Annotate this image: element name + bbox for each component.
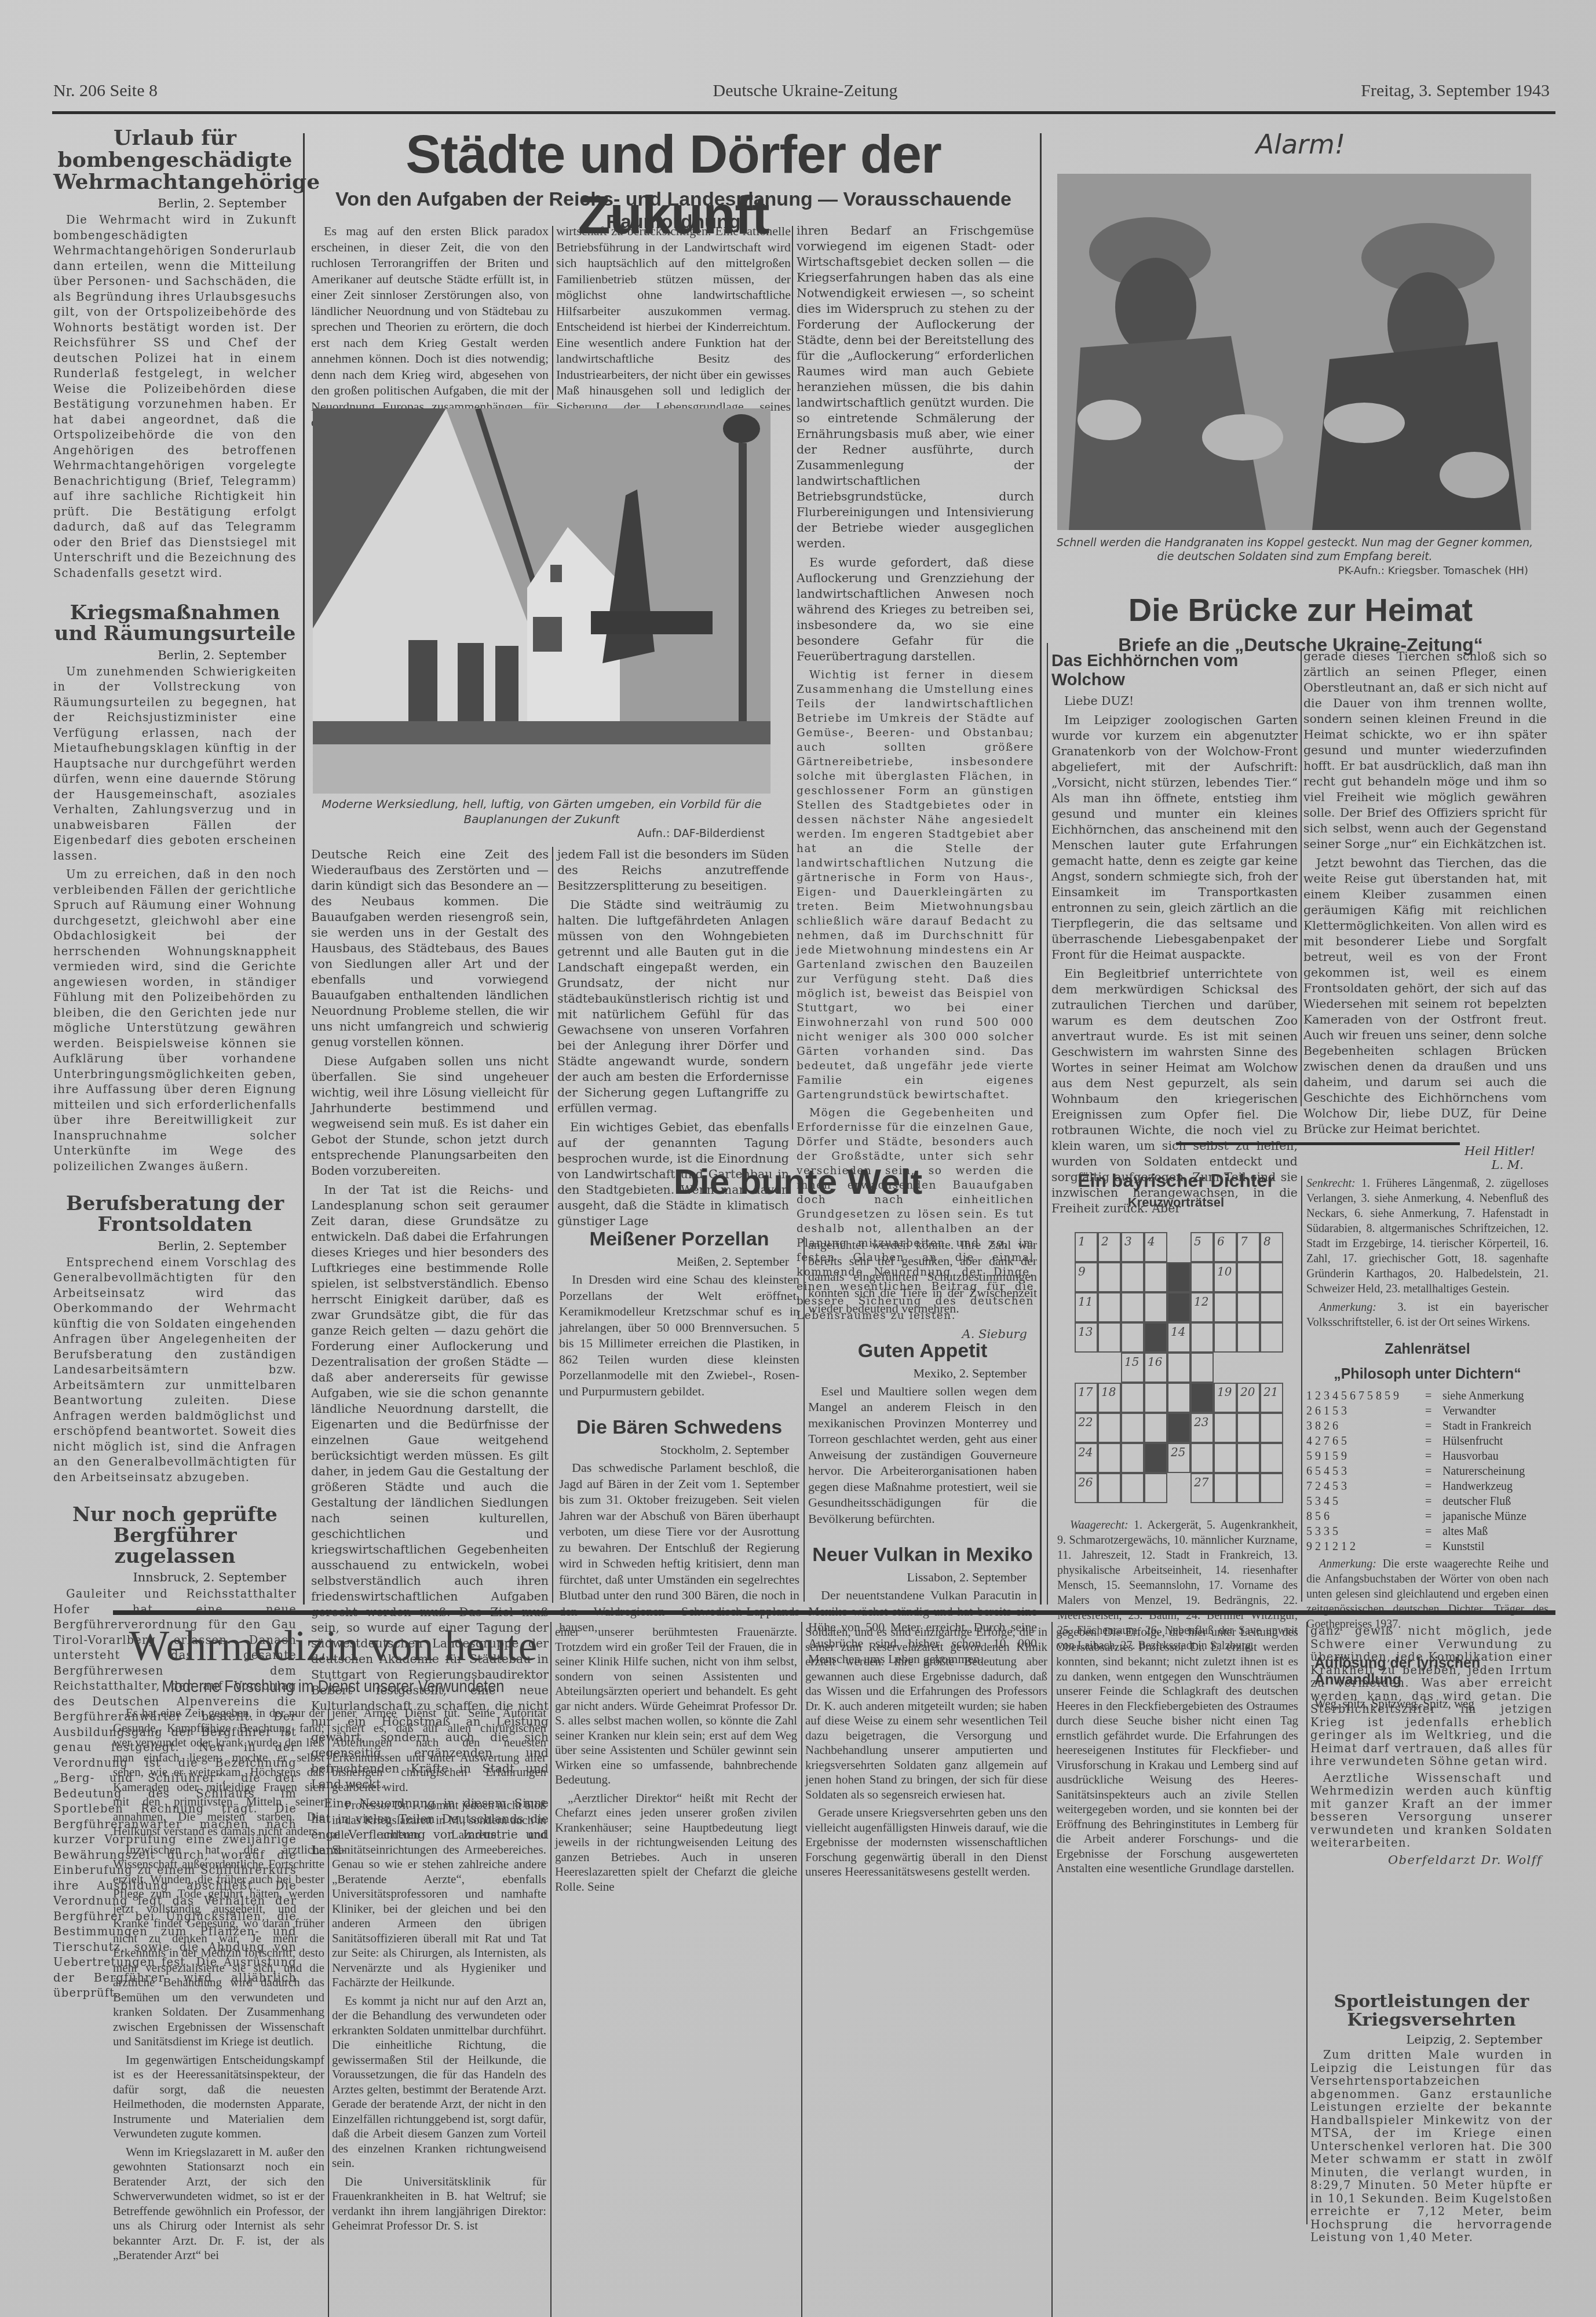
number-code: 1 2 3 4 5 6 7 5 8 5 9 bbox=[1306, 1388, 1425, 1404]
crossword-cell[interactable] bbox=[1167, 1353, 1190, 1383]
crossword-subtitle: Kreuzworträtsel bbox=[1051, 1195, 1301, 1210]
news-title: Berufsberatung der Frontsoldaten bbox=[53, 1194, 297, 1235]
number-code: 2 6 1 5 3 bbox=[1306, 1404, 1425, 1419]
letter-signature: L. M. bbox=[1303, 1158, 1547, 1172]
news-title: Die Bären Schwedens bbox=[559, 1416, 799, 1439]
article-paragraph: jener Armee Dienst tut. Seine Autorität … bbox=[332, 1706, 546, 1795]
crossword-cell[interactable] bbox=[1098, 1473, 1121, 1503]
letter-column: Das Eichhörnchen vom Wolchow Liebe DUZ! … bbox=[1051, 652, 1298, 1220]
crossword-number: 9 bbox=[1078, 1265, 1086, 1278]
crossword-number: 11 bbox=[1078, 1295, 1093, 1309]
zahlenraetsel-row: 9 2 1 2 1 2=Kunststil bbox=[1306, 1539, 1548, 1554]
number-code: 5 9 1 5 9 bbox=[1306, 1449, 1425, 1464]
article-paragraph: Es mag auf den ersten Blick paradox ersc… bbox=[311, 223, 549, 430]
crossword-cell[interactable] bbox=[1237, 1292, 1260, 1322]
article-paragraph: Diese Aufgaben sollen uns nicht überfall… bbox=[311, 1054, 549, 1179]
crossword-number: 4 bbox=[1148, 1234, 1155, 1248]
article-paragraph: Soldaten, und es sind einzigartige Erfol… bbox=[805, 1625, 1047, 1802]
crossword-cell[interactable] bbox=[1121, 1262, 1144, 1292]
crossword-cell[interactable]: 1 bbox=[1075, 1232, 1098, 1262]
equals-sign: = bbox=[1425, 1434, 1442, 1449]
article-paragraph: In der Tat ist die Reichs- und Landespla… bbox=[311, 1182, 549, 1792]
news-item: Berufsberatung der Frontsoldaten Berlin,… bbox=[53, 1194, 297, 1485]
row-hint: altes Maß bbox=[1442, 1524, 1548, 1539]
equals-sign: = bbox=[1425, 1449, 1442, 1464]
sport-news-item: Sportleistungen der Kriegsversehrten Lei… bbox=[1310, 1993, 1553, 2248]
crossword-cell[interactable] bbox=[1190, 1383, 1214, 1413]
clue-label: Senkrecht: bbox=[1306, 1177, 1356, 1190]
crossword-cell[interactable] bbox=[1237, 1473, 1260, 1503]
crossword-cell[interactable] bbox=[1167, 1292, 1190, 1322]
crossword-cell[interactable] bbox=[1121, 1292, 1144, 1322]
letter-paragraph: gerade dieses Tierchen schloß sich so zä… bbox=[1303, 649, 1547, 852]
row-hint: siehe Anmerkung bbox=[1442, 1388, 1548, 1404]
crossword-cell[interactable]: 26 bbox=[1075, 1473, 1098, 1503]
crossword-number: 21 bbox=[1263, 1385, 1278, 1399]
equals-sign: = bbox=[1425, 1388, 1442, 1404]
article-paragraph: gegeben. Die Erfolge, die hier unter Lei… bbox=[1056, 1625, 1298, 1876]
zahlenraetsel-row: 7 2 4 5 3=Handwerkzeug bbox=[1306, 1479, 1548, 1494]
crossword-cell[interactable]: 6 bbox=[1214, 1232, 1237, 1262]
crossword-number: 26 bbox=[1078, 1475, 1093, 1489]
article-paragraph: Inzwischen hat die ärztliche Wissenschaf… bbox=[113, 1843, 324, 2049]
crossword-grid: 1234567891011121314151617181920212223242… bbox=[1075, 1232, 1283, 1501]
number-code: 9 2 1 2 1 2 bbox=[1306, 1539, 1425, 1554]
crossword-cell[interactable] bbox=[1190, 1322, 1214, 1353]
news-item: Kriegsmaßnahmen und Räumungsurteile Berl… bbox=[53, 603, 297, 1174]
article-column: wirtschaft zu berücksichtigen. Eine rati… bbox=[556, 223, 791, 434]
news-text: Zum dritten Male wurden in Leipzig die L… bbox=[1310, 2049, 1553, 2245]
note-label: Anmerkung: bbox=[1319, 1558, 1376, 1570]
crossword-cell[interactable] bbox=[1098, 1413, 1121, 1443]
issue-date: Freitag, 3. September 1943 bbox=[1361, 81, 1550, 101]
letter-closing: Heil Hitler! bbox=[1303, 1144, 1547, 1158]
crossword-cell[interactable]: 20 bbox=[1237, 1383, 1260, 1413]
crossword-cell[interactable] bbox=[1214, 1473, 1237, 1503]
news-text: Das schwedische Parlament beschloß, die … bbox=[559, 1460, 799, 1635]
article-paragraph: „Aerztlicher Direktor“ heißt mit Recht d… bbox=[555, 1791, 797, 1895]
dateline: Berlin, 2. September bbox=[53, 196, 297, 210]
crossword-cell[interactable] bbox=[1144, 1473, 1167, 1503]
number-code: 7 2 4 5 3 bbox=[1306, 1479, 1425, 1494]
number-code: 8 5 6 bbox=[1306, 1509, 1425, 1524]
column-rule bbox=[792, 226, 793, 1130]
row-hint: Verwandter bbox=[1442, 1404, 1548, 1419]
crossword-number: 24 bbox=[1078, 1445, 1093, 1459]
soldiers-photo-credit: PK-Aufn.: Kriegsber. Tomaschek (HH) bbox=[1054, 565, 1528, 577]
news-text: angerichtet werden könnte. Ihre Zahl war… bbox=[808, 1237, 1037, 1317]
news-item: Urlaub für bombengeschädigte Wehrmachtan… bbox=[53, 127, 297, 581]
crossword-cell[interactable]: 24 bbox=[1075, 1443, 1098, 1473]
crossword-cell[interactable]: 9 bbox=[1075, 1262, 1098, 1292]
article-paragraph: Die Städte sind weiträumig zu halten. Di… bbox=[557, 897, 789, 1116]
crossword-cell[interactable]: 4 bbox=[1144, 1232, 1167, 1262]
crossword-cell[interactable] bbox=[1167, 1413, 1190, 1443]
wehrmedizin-title: Wehrmedizin von heute bbox=[113, 1622, 553, 1671]
crossword-cell[interactable] bbox=[1237, 1413, 1260, 1443]
row-hint: Stadt in Frankreich bbox=[1442, 1419, 1548, 1434]
crossword-cell[interactable] bbox=[1260, 1473, 1283, 1503]
crossword-cell[interactable] bbox=[1121, 1473, 1144, 1503]
house-photo bbox=[313, 408, 770, 794]
article-paragraph: Es wurde gefordert, daß diese Auflockeru… bbox=[797, 555, 1034, 664]
section-rule bbox=[1176, 1142, 1460, 1145]
crossword-cell[interactable]: 14 bbox=[1167, 1322, 1190, 1353]
letter-paragraph: Jetzt bewohnt das Tierchen, das die weit… bbox=[1303, 856, 1547, 1137]
crossword-number: 6 bbox=[1217, 1234, 1225, 1248]
article-paragraph: Gerade unsere Kriegsversehrten geben uns… bbox=[805, 1806, 1047, 1880]
dateline: Innsbruck, 2. September bbox=[53, 1570, 297, 1584]
bunte-welt-column: angerichtet werden könnte. Ihre Zahl war… bbox=[808, 1237, 1037, 1671]
column-rule bbox=[552, 847, 553, 1603]
crossword-cell[interactable] bbox=[1237, 1443, 1260, 1473]
crossword-cell[interactable]: 7 bbox=[1237, 1232, 1260, 1262]
article-column: einer unserer berühmtesten Frauenärzte. … bbox=[555, 1625, 797, 1898]
crossword-cell[interactable]: 16 bbox=[1144, 1353, 1167, 1383]
crossword-cell[interactable]: 2 bbox=[1098, 1232, 1121, 1262]
row-hint: Kunststil bbox=[1442, 1539, 1548, 1554]
article-paragraph: Die Universitätsklinik für Frauenkrankhe… bbox=[332, 2175, 546, 2234]
crossword-cell[interactable] bbox=[1237, 1322, 1260, 1353]
equals-sign: = bbox=[1425, 1404, 1442, 1419]
bruecke-title: Die Brücke zur Heimat bbox=[1049, 591, 1553, 628]
column-rule bbox=[328, 1709, 329, 2317]
crossword-cell[interactable] bbox=[1214, 1322, 1237, 1353]
row-hint: Handwerkzeug bbox=[1442, 1479, 1548, 1494]
crossword-cell[interactable] bbox=[1121, 1383, 1144, 1413]
crossword-cell[interactable] bbox=[1167, 1262, 1190, 1292]
news-text: Um zunehmenden Schwierigkeiten in der Vo… bbox=[53, 664, 297, 864]
house-photo-credit: Aufn.: DAF-Bilderdienst bbox=[313, 827, 765, 840]
equals-sign: = bbox=[1425, 1539, 1442, 1554]
zahlenraetsel-rows: 1 2 3 4 5 6 7 5 8 5 9=siehe Anmerkung2 6… bbox=[1306, 1388, 1548, 1554]
crossword-cell[interactable] bbox=[1144, 1262, 1167, 1292]
crossword-cell[interactable] bbox=[1190, 1353, 1214, 1383]
article-paragraph: Professor Dr. F. kommt jedoch nicht bloß… bbox=[332, 1798, 546, 1990]
zahlenraetsel-row: 5 3 4 5=deutscher Fluß bbox=[1306, 1494, 1548, 1509]
equals-sign: = bbox=[1425, 1509, 1442, 1524]
news-title: Nur noch geprüfte Bergführer zugelassen bbox=[53, 1505, 297, 1567]
letter-salutation: Liebe DUZ! bbox=[1051, 693, 1298, 709]
crossword-title: Ein bayrischer Dichter bbox=[1051, 1170, 1301, 1192]
section-rule bbox=[113, 1610, 1555, 1615]
crossword-cell[interactable] bbox=[1144, 1413, 1167, 1443]
crossword-cell[interactable] bbox=[1190, 1262, 1214, 1292]
column-rule bbox=[1051, 1622, 1053, 2317]
dateline: Stockholm, 2. September bbox=[559, 1442, 799, 1457]
news-title: Guten Appetit bbox=[808, 1340, 1037, 1362]
crossword-cell[interactable] bbox=[1098, 1322, 1121, 1353]
crossword-cell[interactable] bbox=[1121, 1443, 1144, 1473]
equals-sign: = bbox=[1425, 1479, 1442, 1494]
row-hint: Hülsenfrucht bbox=[1442, 1434, 1548, 1449]
crossword-cell[interactable] bbox=[1190, 1443, 1214, 1473]
crossword-cell[interactable]: 11 bbox=[1075, 1292, 1098, 1322]
column-rule bbox=[303, 133, 305, 1605]
zahlenraetsel-row: 8 5 6=japanische Münze bbox=[1306, 1509, 1548, 1524]
crossword-number: 3 bbox=[1124, 1234, 1132, 1248]
article-column: gegeben. Die Erfolge, die hier unter Lei… bbox=[1056, 1625, 1298, 1880]
letter-column: gerade dieses Tierchen schloß sich so zä… bbox=[1303, 649, 1547, 1172]
dateline: Berlin, 2. September bbox=[53, 1239, 297, 1253]
crossword-cell[interactable]: 23 bbox=[1190, 1413, 1214, 1443]
number-code: 5 3 3 5 bbox=[1306, 1524, 1425, 1539]
news-title: Meißener Porzellan bbox=[559, 1228, 799, 1251]
article-author: Oberfeldarzt Dr. Wolff bbox=[1310, 1854, 1553, 1867]
article-paragraph: einer unserer berühmtesten Frauenärzte. … bbox=[555, 1625, 797, 1788]
article-paragraph: Wichtig ist ferner in diesem Zusammenhan… bbox=[797, 668, 1034, 1102]
header-rule bbox=[52, 111, 1555, 114]
zahlenraetsel-row: 6 5 4 5 3=Naturerscheinung bbox=[1306, 1464, 1548, 1479]
bunte-welt-title: Die bunte Welt bbox=[556, 1161, 1040, 1203]
crossword-number: 1 bbox=[1078, 1234, 1086, 1248]
crossword-number: 20 bbox=[1240, 1385, 1255, 1399]
crossword-cell[interactable]: 21 bbox=[1260, 1383, 1283, 1413]
column-rule bbox=[550, 1622, 552, 2317]
crossword-number: 23 bbox=[1194, 1415, 1208, 1429]
article-column: Es hat eine Zeit gegeben, in der nur der… bbox=[113, 1706, 324, 2267]
article-paragraph: Es hat eine Zeit gegeben, in der nur der… bbox=[113, 1706, 324, 1839]
article-paragraph: Wenn im Kriegslazarett in M. außer den g… bbox=[113, 2145, 324, 2263]
crossword-number: 2 bbox=[1101, 1234, 1109, 1248]
house-photo-image bbox=[313, 408, 770, 794]
news-title: Urlaub für bombengeschädigte Wehrmachtan… bbox=[53, 127, 297, 193]
crossword-number: 14 bbox=[1171, 1325, 1185, 1339]
crossword-number: 15 bbox=[1124, 1355, 1139, 1369]
crossword-cell[interactable] bbox=[1098, 1262, 1121, 1292]
crossword-number: 25 bbox=[1171, 1445, 1185, 1459]
soldiers-photo-caption: Schnell werden die Handgranaten ins Kopp… bbox=[1054, 536, 1535, 564]
crossword-cell[interactable] bbox=[1121, 1413, 1144, 1443]
article-paragraph: ganz gewiß nicht möglich, jede Schwere e… bbox=[1310, 1625, 1553, 1768]
column-rule bbox=[1301, 649, 1302, 1106]
column-rule bbox=[1301, 1176, 1302, 1602]
column-rule bbox=[1306, 1622, 1308, 2224]
dateline: Meißen, 2. September bbox=[559, 1254, 799, 1269]
zahlenraetsel-row: 1 2 3 4 5 6 7 5 8 5 9=siehe Anmerkung bbox=[1306, 1388, 1548, 1404]
crossword-cell[interactable] bbox=[1121, 1322, 1144, 1353]
column-rule bbox=[1040, 133, 1042, 1605]
crossword-cell[interactable] bbox=[1144, 1383, 1167, 1413]
bunte-welt-column: Meißener Porzellan Meißen, 2. September … bbox=[559, 1228, 799, 1639]
column-rule bbox=[801, 1622, 802, 2317]
zahlenraetsel-subtitle: „Philosoph unter Dichtern“ bbox=[1306, 1366, 1548, 1383]
row-hint: Naturerscheinung bbox=[1442, 1464, 1548, 1479]
crossword-number: 13 bbox=[1078, 1325, 1093, 1339]
letter-title: Das Eichhörnchen vom Wolchow bbox=[1051, 652, 1298, 690]
article-paragraph: Im gegenwärtigen Entscheidungskampf ist … bbox=[113, 2053, 324, 2141]
article-column: jener Armee Dienst tut. Seine Autorität … bbox=[332, 1706, 546, 2237]
crossword-cell[interactable]: 17 bbox=[1075, 1383, 1098, 1413]
equals-sign: = bbox=[1425, 1419, 1442, 1434]
article-column: Es mag auf den ersten Blick paradox ersc… bbox=[311, 223, 549, 434]
number-code: 5 3 4 5 bbox=[1306, 1494, 1425, 1509]
crossword-cell[interactable] bbox=[1260, 1292, 1283, 1322]
house-photo-caption: Moderne Werksiedlung, hell, luftig, von … bbox=[313, 796, 770, 827]
news-text: Entsprechend einem Vorschlag des General… bbox=[53, 1255, 297, 1486]
article-column: ganz gewiß nicht möglich, jede Schwere e… bbox=[1310, 1625, 1553, 1866]
crossword-cell[interactable] bbox=[1098, 1443, 1121, 1473]
crossword-cell[interactable] bbox=[1260, 1322, 1283, 1353]
number-code: 3 8 2 6 bbox=[1306, 1419, 1425, 1434]
zahlenraetsel-row: 5 9 1 5 9=Hausvorbau bbox=[1306, 1449, 1548, 1464]
news-title: Kriegsmaßnahmen und Räumungsurteile bbox=[53, 603, 297, 644]
crossword-number: 27 bbox=[1194, 1475, 1208, 1489]
soldiers-photo-image bbox=[1057, 174, 1531, 530]
article-paragraph: ihren Bedarf an Frischgemüse vorwiegend … bbox=[797, 223, 1034, 551]
news-text: Die Wehrmacht wird in Zukunft bombengesc… bbox=[53, 213, 297, 581]
equals-sign: = bbox=[1425, 1494, 1442, 1509]
crossword-cell[interactable]: 5 bbox=[1190, 1232, 1214, 1262]
crossword-cell[interactable]: 18 bbox=[1098, 1383, 1121, 1413]
crossword-cell[interactable] bbox=[1214, 1292, 1237, 1322]
crossword-cell[interactable] bbox=[1214, 1413, 1237, 1443]
crossword-cell[interactable]: 25 bbox=[1167, 1443, 1190, 1473]
zahlenraetsel-row: 2 6 1 5 3=Verwandter bbox=[1306, 1404, 1548, 1419]
crossword-number: 17 bbox=[1078, 1385, 1093, 1399]
dateline: Leipzig, 2. September bbox=[1310, 2033, 1553, 2046]
crossword-number: 8 bbox=[1263, 1234, 1271, 1248]
column-rule bbox=[1047, 643, 1048, 1605]
news-title: Sportleistungen der Kriegsversehrten bbox=[1310, 1993, 1553, 2029]
clue-label: Waagerecht: bbox=[1070, 1519, 1128, 1532]
equals-sign: = bbox=[1425, 1464, 1442, 1479]
news-text: In Dresden wird eine Schau des kleinsten… bbox=[559, 1271, 799, 1399]
dateline: Lissabon, 2. September bbox=[808, 1570, 1037, 1585]
news-text: Um zu erreichen, daß in den noch verblei… bbox=[53, 867, 297, 1174]
soldiers-photo bbox=[1057, 174, 1531, 530]
crossword-cell[interactable]: 12 bbox=[1190, 1292, 1214, 1322]
row-hint: deutscher Fluß bbox=[1442, 1494, 1548, 1509]
row-hint: Hausvorbau bbox=[1442, 1449, 1548, 1464]
crossword-cell[interactable] bbox=[1144, 1292, 1167, 1322]
crossword-cell[interactable]: 15 bbox=[1121, 1353, 1144, 1383]
crossword-cell[interactable] bbox=[1144, 1322, 1167, 1353]
crossword-cell[interactable]: 8 bbox=[1260, 1232, 1283, 1262]
crossword-cell[interactable]: 19 bbox=[1214, 1383, 1237, 1413]
crossword-number: 19 bbox=[1217, 1385, 1232, 1399]
crossword-cell[interactable] bbox=[1144, 1443, 1167, 1473]
crossword-section: Ein bayrischer Dichter Kreuzworträtsel bbox=[1051, 1170, 1301, 1210]
column-rule bbox=[804, 1237, 805, 1602]
crossword-cell[interactable] bbox=[1214, 1443, 1237, 1473]
article-column: Soldaten, und es sind einzigartige Erfol… bbox=[805, 1625, 1047, 1883]
crossword-number: 7 bbox=[1240, 1234, 1248, 1248]
article-paragraph: Es kommt ja nicht nur auf den Arzt an, d… bbox=[332, 1994, 546, 2171]
crossword-number: 18 bbox=[1101, 1385, 1116, 1399]
article-paragraph: wirtschaft zu berücksichtigen. Eine rati… bbox=[556, 223, 791, 430]
equals-sign: = bbox=[1425, 1524, 1442, 1539]
crossword-number: 22 bbox=[1078, 1415, 1093, 1429]
zahlenraetsel-row: 4 2 7 6 5=Hülsenfrucht bbox=[1306, 1434, 1548, 1449]
row-hint: japanische Münze bbox=[1442, 1509, 1548, 1524]
crossword-cell[interactable] bbox=[1260, 1413, 1283, 1443]
crossword-number: 10 bbox=[1217, 1265, 1232, 1278]
note-label: Anmerkung: bbox=[1319, 1301, 1376, 1314]
crossword-cell[interactable]: 13 bbox=[1075, 1322, 1098, 1353]
article-paragraph: Deutsche Reich eine Zeit des Wiederaufba… bbox=[311, 847, 549, 1050]
issue-number: Nr. 206 Seite 8 bbox=[53, 81, 158, 101]
letter-paragraph: Im Leipziger zoologischen Garten wurde v… bbox=[1051, 712, 1298, 963]
crossword-cell[interactable] bbox=[1098, 1292, 1121, 1322]
news-text: Esel und Maultiere sollen wegen dem Mang… bbox=[808, 1383, 1037, 1527]
crossword-number: 12 bbox=[1194, 1295, 1208, 1309]
crossword-number: 5 bbox=[1194, 1234, 1201, 1248]
number-code: 4 2 7 6 5 bbox=[1306, 1434, 1425, 1449]
dateline: Mexiko, 2. September bbox=[808, 1366, 1037, 1381]
crossword-cell[interactable]: 10 bbox=[1214, 1262, 1237, 1292]
crossword-cell[interactable] bbox=[1237, 1262, 1260, 1292]
column-rule bbox=[552, 226, 553, 400]
number-code: 6 5 4 5 3 bbox=[1306, 1464, 1425, 1479]
article-paragraph: Aerztliche Wissenschaft und Wehrmedizin … bbox=[1310, 1772, 1553, 1850]
zahlenraetsel-row: 3 8 2 6=Stadt in Frankreich bbox=[1306, 1419, 1548, 1434]
wehrmedizin-subtitle: Moderne Forschung im Dienst unserer Verw… bbox=[146, 1677, 520, 1697]
clue-text: 1. Früheres Längenmaß, 2. zügelloses Ver… bbox=[1306, 1177, 1548, 1295]
dateline: Berlin, 2. September bbox=[53, 648, 297, 662]
crossword-cell[interactable]: 22 bbox=[1075, 1413, 1098, 1443]
alarm-title: Alarm! bbox=[1049, 129, 1553, 160]
crossword-cell[interactable]: 3 bbox=[1121, 1232, 1144, 1262]
crossword-cell[interactable] bbox=[1260, 1443, 1283, 1473]
zahlenraetsel-row: 5 3 3 5=altes Maß bbox=[1306, 1524, 1548, 1539]
crossword-cell[interactable] bbox=[1167, 1383, 1190, 1413]
newspaper-name: Deutsche Ukraine-Zeitung bbox=[684, 81, 927, 101]
crossword-clues-down: Senkrecht: 1. Früheres Längenmaß, 2. züg… bbox=[1306, 1176, 1548, 1333]
zahlenraetsel-title: Zahlenrätsel bbox=[1306, 1341, 1548, 1358]
article-paragraph: jedem Fall ist die besonders im Süden de… bbox=[557, 847, 789, 894]
news-title: Neuer Vulkan in Mexiko bbox=[808, 1544, 1037, 1566]
crossword-number: 16 bbox=[1148, 1355, 1162, 1369]
crossword-cell[interactable]: 27 bbox=[1190, 1473, 1214, 1503]
crossword-cell[interactable] bbox=[1260, 1262, 1283, 1292]
